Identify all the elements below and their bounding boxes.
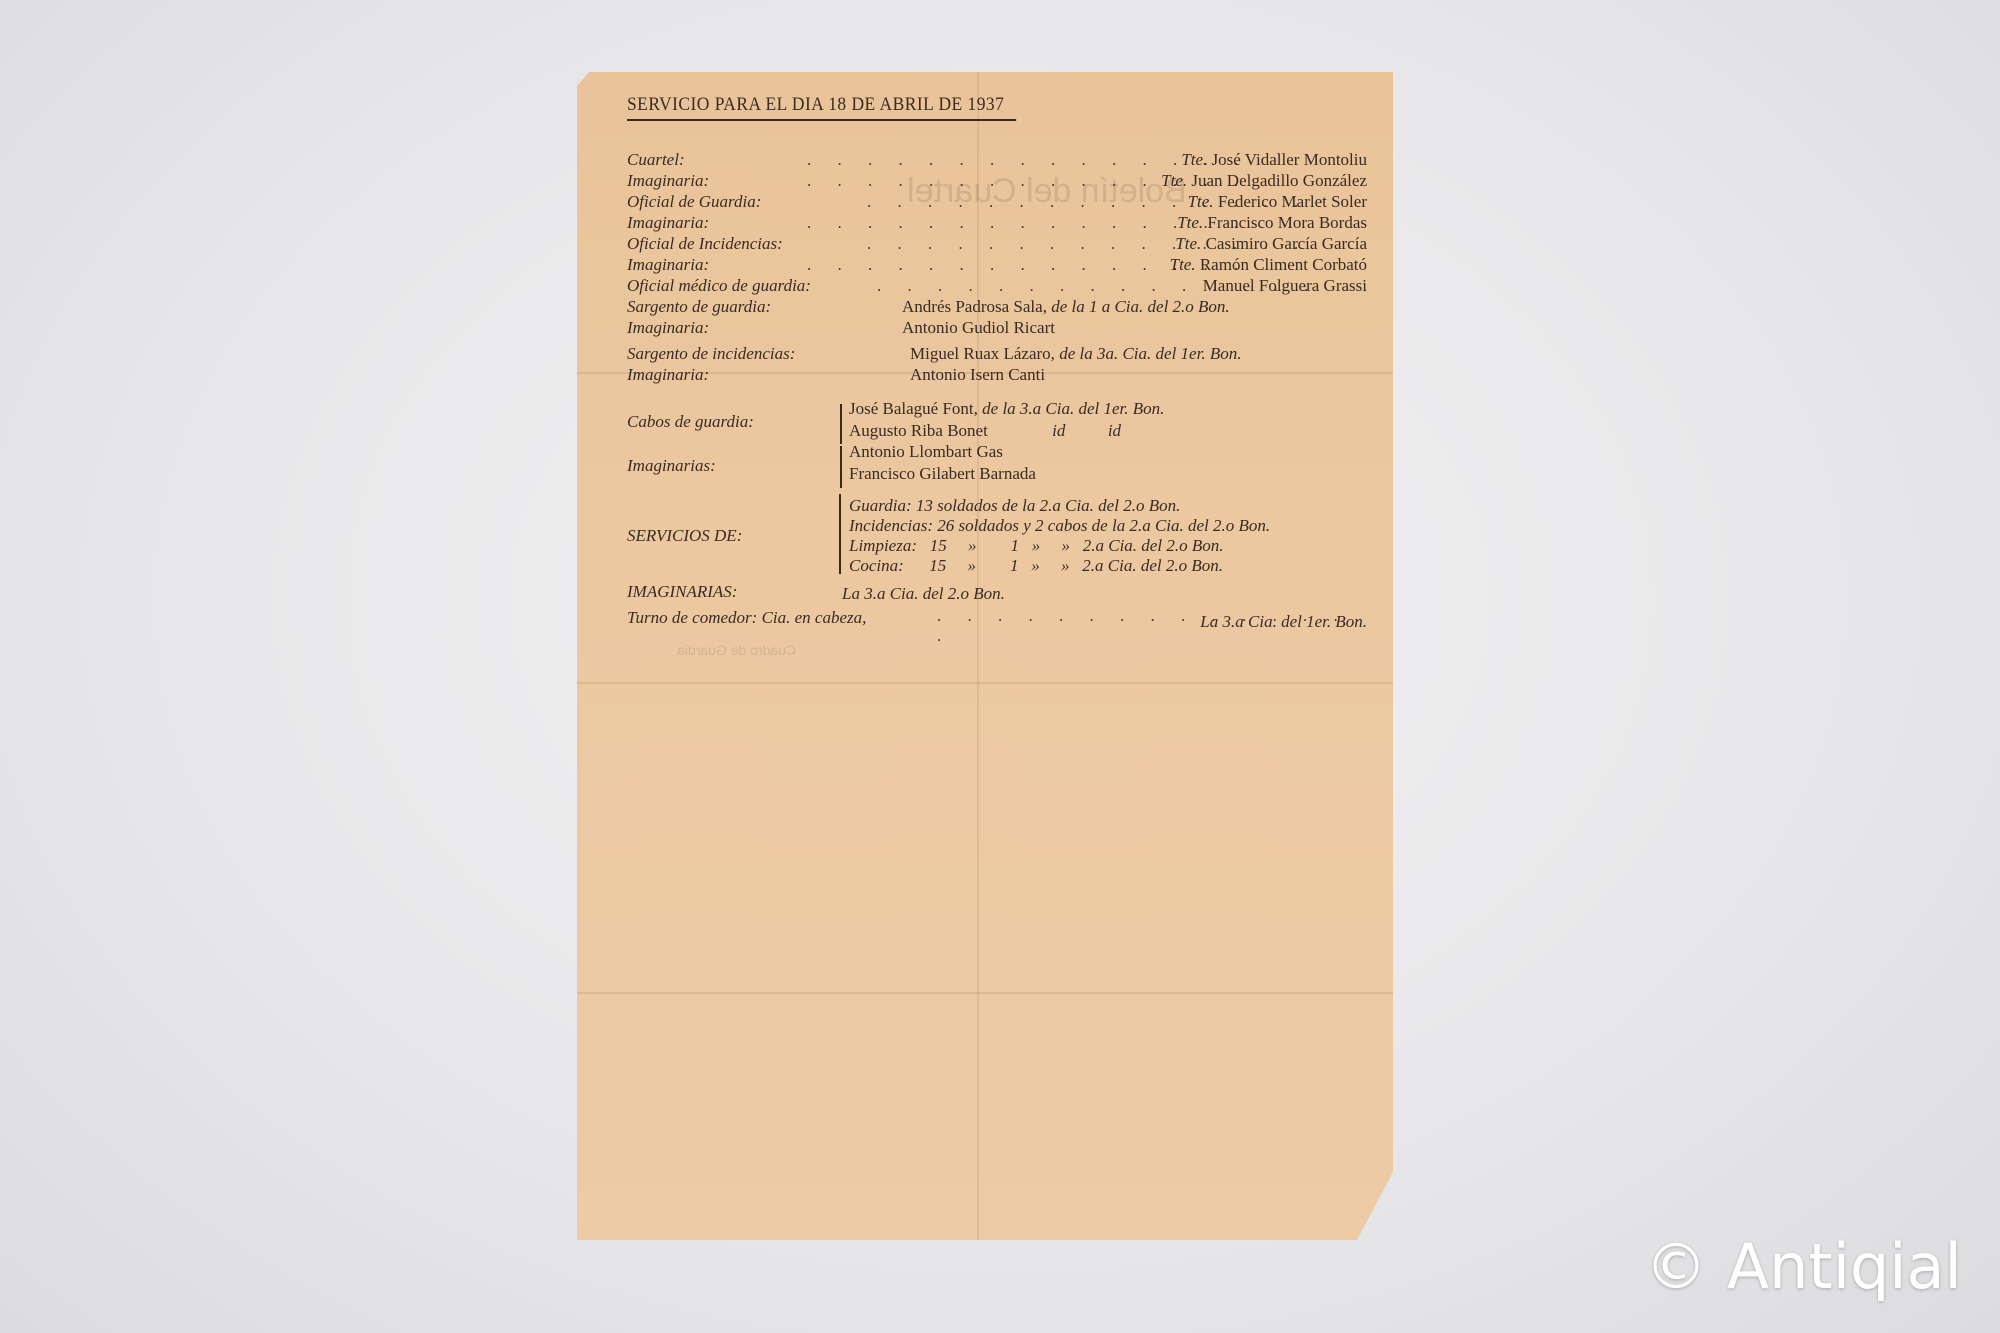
servicio-entry: Guardia: 13 soldados de la 2.a Cia. del … xyxy=(849,496,1180,516)
imaginarias-company-label: IMAGINARIAS: xyxy=(627,582,737,602)
imaginarias-label: Imaginarias: xyxy=(627,456,716,476)
bleed-through-text: Cuadro de Guardia xyxy=(677,642,796,658)
bracket xyxy=(840,404,842,444)
servicio-entry: Limpieza: 15 » 1 » » 2.a Cia. del 2.o Bo… xyxy=(849,536,1223,556)
bracket xyxy=(840,446,842,488)
duty-row: Cuartel: . . . . . . . . . . . . . . . T… xyxy=(627,150,1367,170)
imaginaria-entry: Francisco Gilabert Barnada xyxy=(849,464,1036,484)
sergeant-row: Sargento de guardia: Andrés Padrosa Sala… xyxy=(627,297,1367,317)
servicio-entry: Incidencias: 26 soldados y 2 cabos de la… xyxy=(849,516,1270,536)
comedor-label: Turno de comedor: Cia. en cabeza, xyxy=(627,608,866,628)
cabos-label: Cabos de guardia: xyxy=(627,412,754,432)
fold-line xyxy=(577,682,1393,684)
comedor-value: La 3.a Cia. del 1er. Bon. xyxy=(1200,612,1367,632)
copyright-watermark: © Antiqial xyxy=(1645,1230,1962,1303)
servicios-label: SERVICIOS DE: xyxy=(627,526,742,546)
duty-row: Oficial médico de guardia: . . . . . . .… xyxy=(627,276,1367,296)
duty-row: Imaginaria: . . . . . . . . . . . . . . … xyxy=(627,255,1367,275)
document-title: SERVICIO PARA EL DIA 18 DE ABRIL DE 1937 xyxy=(627,94,1016,121)
imaginaria-entry: Antonio Llombart Gas xyxy=(849,442,1003,462)
document-sheet: Boletín del Cuartel Cuadro de Guardia SE… xyxy=(577,72,1393,1240)
duty-row: Imaginaria: . . . . . . . . . . . . . . … xyxy=(627,171,1367,191)
cabo-entry: Augusto Riba Bonet id id xyxy=(849,421,1121,441)
sergeant-row: Sargento de incidencias: Miguel Ruax Láz… xyxy=(627,344,1367,364)
imaginarias-company-value: La 3.a Cia. del 2.o Bon. xyxy=(842,584,1005,604)
bracket xyxy=(839,494,841,574)
duty-row: Oficial de Guardia: . . . . . . . . . . … xyxy=(627,192,1367,212)
sergeant-row: Imaginaria: Antonio Gudiol Ricart xyxy=(627,318,1367,338)
duty-row: Oficial de Incidencias: . . . . . . . . … xyxy=(627,234,1367,254)
sergeant-row: Imaginaria: Antonio Isern Canti xyxy=(627,365,1367,385)
fold-line xyxy=(577,992,1393,994)
servicio-entry: Cocina: 15 » 1 » » 2.a Cia. del 2.o Bon. xyxy=(849,556,1223,576)
duty-row: Imaginaria: . . . . . . . . . . . . . . … xyxy=(627,213,1367,233)
cabo-entry: José Balagué Font, de la 3.a Cia. del 1e… xyxy=(849,399,1164,419)
